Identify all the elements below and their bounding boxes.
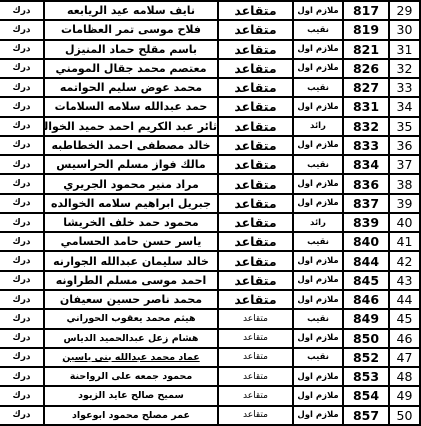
row-number: 47: [397, 350, 413, 365]
row-number-cell: 30: [389, 20, 420, 39]
name-cell: مراد منير محمود الجريري: [44, 174, 218, 193]
rank-cell: نقيب: [293, 78, 343, 97]
rank-label: ملازم اول: [297, 275, 338, 285]
officer-name: محمد عوض سليم الحواتمه: [60, 81, 202, 94]
status-label: متقاعد: [234, 254, 276, 269]
rank-label: نقيب: [307, 160, 329, 170]
rank-label: ملازم اول: [297, 410, 338, 420]
row-number: 46: [397, 331, 413, 346]
unit-label: درك: [12, 140, 30, 150]
row-number: 32: [397, 61, 413, 76]
status-cell: متقاعد: [218, 232, 293, 251]
row-number: 44: [397, 292, 413, 307]
officer-name: ثائر عبد الكريم احمد حميد الخوالدة: [44, 120, 217, 133]
retired-officers-table: 29 817 ملازم اول متقاعد نايف سلامه عيد ا…: [0, 0, 421, 426]
row-number: 48: [397, 369, 413, 384]
unit-label: درك: [12, 333, 30, 343]
name-cell: سميح صالح عايد الزيود: [44, 386, 218, 405]
status-cell: متقاعد: [218, 367, 293, 386]
row-number-cell: 31: [389, 40, 420, 59]
status-label: متقاعد: [234, 42, 276, 57]
status-cell: متقاعد: [218, 1, 293, 20]
row-number: 50: [397, 408, 413, 423]
unit-label: درك: [12, 410, 30, 420]
unit-cell: درك: [0, 78, 44, 97]
status-cell: متقاعد: [218, 117, 293, 136]
officer-name: محمود جمعه على الرواحنة: [70, 371, 193, 382]
row-number: 42: [397, 254, 413, 269]
row-number: 45: [397, 311, 413, 326]
rank-cell: ملازم اول: [293, 251, 343, 270]
unit-label: درك: [12, 218, 30, 228]
rank-cell: نقيب: [293, 348, 343, 367]
rank-cell: ملازم اول: [293, 406, 343, 425]
unit-label: درك: [12, 83, 30, 93]
row-number: 37: [397, 157, 413, 172]
row-number-cell: 37: [389, 155, 420, 174]
rank-cell: ملازم اول: [293, 59, 343, 78]
officer-name: معتصم محمد جقال المومني: [55, 62, 206, 75]
status-cell: متقاعد: [218, 406, 293, 425]
rank-cell: نقيب: [293, 309, 343, 328]
status-cell: متقاعد: [218, 40, 293, 59]
officer-name: هيثم محمد يعقوب الحوراني: [66, 313, 195, 324]
status-cell: متقاعد: [218, 97, 293, 116]
rank-label: ملازم اول: [297, 391, 338, 401]
retired-officers-list-page: 29 817 ملازم اول متقاعد نايف سلامه عيد ا…: [0, 0, 421, 426]
row-number-cell: 32: [389, 59, 420, 78]
unit-label: درك: [12, 63, 30, 73]
rank-cell: ملازم اول: [293, 367, 343, 386]
status-cell: متقاعد: [218, 329, 293, 348]
unit-cell: درك: [0, 309, 44, 328]
status-cell: متقاعد: [218, 271, 293, 290]
serial-number-cell: 834: [343, 155, 389, 174]
status-label: متقاعد: [243, 314, 268, 324]
rank-cell: رائد: [293, 213, 343, 232]
name-cell: معتصم محمد جقال المومني: [44, 59, 218, 78]
table-row: 49 854 ملازم اول متقاعد سميح صالح عايد ا…: [0, 386, 420, 405]
rank-cell: نقيب: [293, 232, 343, 251]
unit-label: درك: [12, 314, 30, 324]
serial-number: 854: [353, 388, 379, 403]
rank-cell: ملازم اول: [293, 194, 343, 213]
rank-cell: رائد: [293, 117, 343, 136]
serial-number-cell: 853: [343, 367, 389, 386]
rank-label: ملازم اول: [297, 333, 338, 343]
table-row: 47 852 نقيب متقاعد عماد محمد عبدالله بني…: [0, 348, 420, 367]
row-number-cell: 43: [389, 271, 420, 290]
rank-cell: ملازم اول: [293, 290, 343, 309]
name-cell: خالد مصطفى احمد الخطاطبه: [44, 136, 218, 155]
unit-cell: درك: [0, 251, 44, 270]
serial-number-cell: 817: [343, 1, 389, 20]
officer-name: فلاح موسى تمر العظامات: [61, 23, 201, 36]
table-row: 43 845 ملازم اول متقاعد احمد موسى مسلم ا…: [0, 271, 420, 290]
unit-label: درك: [12, 295, 30, 305]
row-number: 39: [397, 196, 413, 211]
name-cell: فلاح موسى تمر العظامات: [44, 20, 218, 39]
rank-label: نقيب: [307, 237, 329, 247]
table-row: 42 844 ملازم اول متقاعد خالد سليمان عبدا…: [0, 251, 420, 270]
serial-number: 817: [353, 3, 379, 18]
serial-number-cell: 832: [343, 117, 389, 136]
table-row: 48 853 ملازم اول متقاعد محمود جمعه على ا…: [0, 367, 420, 386]
name-cell: محمد ناصر حسين سعيفان: [44, 290, 218, 309]
status-label: متقاعد: [234, 273, 276, 288]
row-number: 41: [397, 234, 413, 249]
status-label: متقاعد: [243, 352, 268, 362]
status-label: متقاعد: [234, 61, 276, 76]
status-label: متقاعد: [234, 138, 276, 153]
table-row: 36 833 ملازم اول متقاعد خالد مصطفى احمد …: [0, 136, 420, 155]
officer-name: سميح صالح عايد الزيود: [78, 390, 184, 401]
row-number: 33: [397, 80, 413, 95]
name-cell: مالك فواز مسلم الحراسيس: [44, 155, 218, 174]
status-cell: متقاعد: [218, 136, 293, 155]
rank-label: نقيب: [307, 25, 329, 35]
row-number-cell: 33: [389, 78, 420, 97]
status-label: متقاعد: [234, 292, 276, 307]
name-cell: محمود حمد خلف الخريشا: [44, 213, 218, 232]
serial-number-cell: 844: [343, 251, 389, 270]
serial-number-cell: 819: [343, 20, 389, 39]
status-label: متقاعد: [234, 80, 276, 95]
unit-cell: درك: [0, 1, 44, 20]
serial-number: 821: [353, 42, 379, 57]
unit-label: درك: [12, 275, 30, 285]
rank-label: رائد: [310, 218, 326, 228]
row-number-cell: 34: [389, 97, 420, 116]
table-row: 44 846 ملازم اول متقاعد محمد ناصر حسين س…: [0, 290, 420, 309]
rank-label: ملازم اول: [297, 63, 338, 73]
row-number-cell: 38: [389, 174, 420, 193]
row-number-cell: 40: [389, 213, 420, 232]
table-row: 33 827 نقيب متقاعد محمد عوض سليم الحواتم…: [0, 78, 420, 97]
unit-cell: درك: [0, 117, 44, 136]
unit-cell: درك: [0, 329, 44, 348]
officer-name: مالك فواز مسلم الحراسيس: [56, 158, 205, 171]
name-cell: هشام زعل عبدالحميد الدياس: [44, 329, 218, 348]
rank-label: ملازم اول: [297, 372, 338, 382]
rank-cell: ملازم اول: [293, 1, 343, 20]
status-label: متقاعد: [243, 333, 268, 343]
officer-name: جبريل ابراهيم سلامه الخوالده: [51, 197, 211, 210]
rank-cell: ملازم اول: [293, 386, 343, 405]
rank-label: نقيب: [307, 352, 329, 362]
rank-label: نقيب: [307, 83, 329, 93]
row-number-cell: 46: [389, 329, 420, 348]
unit-cell: درك: [0, 386, 44, 405]
unit-cell: درك: [0, 20, 44, 39]
status-cell: متقاعد: [218, 386, 293, 405]
row-number: 29: [397, 3, 413, 18]
serial-number: 850: [353, 331, 379, 346]
unit-label: درك: [12, 352, 30, 362]
serial-number: 844: [353, 254, 379, 269]
row-number: 34: [397, 99, 413, 114]
unit-cell: درك: [0, 59, 44, 78]
name-cell: ياسر حسن حامد الحسامي: [44, 232, 218, 251]
serial-number: 837: [353, 196, 379, 211]
serial-number-cell: 854: [343, 386, 389, 405]
status-cell: متقاعد: [218, 59, 293, 78]
row-number: 36: [397, 138, 413, 153]
rank-cell: نقيب: [293, 155, 343, 174]
name-cell: احمد موسى مسلم الطراونه: [44, 271, 218, 290]
rank-cell: ملازم اول: [293, 136, 343, 155]
status-label: متقاعد: [234, 99, 276, 114]
serial-number-cell: 857: [343, 406, 389, 425]
row-number-cell: 41: [389, 232, 420, 251]
status-cell: متقاعد: [218, 309, 293, 328]
status-label: متقاعد: [243, 391, 268, 401]
name-cell: هيثم محمد يعقوب الحوراني: [44, 309, 218, 328]
rank-label: ملازم اول: [297, 44, 338, 54]
officer-name: نايف سلامه عيد الريابعه: [67, 4, 195, 17]
status-cell: متقاعد: [218, 194, 293, 213]
unit-label: درك: [12, 44, 30, 54]
row-number-cell: 29: [389, 1, 420, 20]
table-row: 35 832 رائد متقاعد ثائر عبد الكريم احمد …: [0, 117, 420, 136]
serial-number: 853: [353, 369, 379, 384]
table-row: 39 837 ملازم اول متقاعد جبريل ابراهيم سل…: [0, 194, 420, 213]
row-number-cell: 39: [389, 194, 420, 213]
officer-name: حمد عبدالله سلامه السلامات: [55, 100, 208, 113]
table-row: 32 826 ملازم اول متقاعد معتصم محمد جقال …: [0, 59, 420, 78]
status-label: متقاعد: [234, 177, 276, 192]
officer-name: عماد محمد عبدالله بني ياسين: [62, 352, 199, 363]
status-label: متقاعد: [243, 372, 268, 382]
unit-label: درك: [12, 237, 30, 247]
name-cell: نايف سلامه عيد الريابعه: [44, 1, 218, 20]
status-cell: متقاعد: [218, 213, 293, 232]
serial-number: 827: [353, 80, 379, 95]
rank-label: ملازم اول: [297, 256, 338, 266]
name-cell: عماد محمد عبدالله بني ياسين: [44, 348, 218, 367]
serial-number: 845: [353, 273, 379, 288]
rank-label: ملازم اول: [297, 198, 338, 208]
table-body: 29 817 ملازم اول متقاعد نايف سلامه عيد ا…: [0, 1, 420, 425]
serial-number: 846: [353, 292, 379, 307]
serial-number-cell: 852: [343, 348, 389, 367]
row-number-cell: 42: [389, 251, 420, 270]
serial-number-cell: 827: [343, 78, 389, 97]
unit-label: درك: [12, 391, 30, 401]
table-row: 38 836 ملازم اول متقاعد مراد منير محمود …: [0, 174, 420, 193]
rank-cell: ملازم اول: [293, 40, 343, 59]
officer-name: محمد ناصر حسين سعيفان: [60, 293, 202, 306]
row-number: 31: [397, 42, 413, 57]
unit-label: درك: [12, 6, 30, 16]
status-cell: متقاعد: [218, 290, 293, 309]
serial-number: 826: [353, 61, 379, 76]
row-number-cell: 44: [389, 290, 420, 309]
table-row: 50 857 ملازم اول متقاعد عمر مصلح محمود ا…: [0, 406, 420, 425]
officer-name: هشام زعل عبدالحميد الدياس: [64, 333, 199, 344]
rank-label: ملازم اول: [297, 140, 338, 150]
status-cell: متقاعد: [218, 155, 293, 174]
row-number-cell: 35: [389, 117, 420, 136]
unit-cell: درك: [0, 174, 44, 193]
rank-cell: ملازم اول: [293, 329, 343, 348]
status-label: متقاعد: [243, 410, 268, 420]
unit-cell: درك: [0, 406, 44, 425]
serial-number: 836: [353, 177, 379, 192]
table-row: 41 840 نقيب متقاعد ياسر حسن حامد الحسامي…: [0, 232, 420, 251]
table-row: 45 849 نقيب متقاعد هيثم محمد يعقوب الحور…: [0, 309, 420, 328]
officer-name: ياسر حسن حامد الحسامي: [61, 235, 202, 248]
officer-name: خالد مصطفى احمد الخطاطبه: [51, 139, 210, 152]
serial-number: 832: [353, 119, 379, 134]
serial-number: 852: [353, 350, 379, 365]
status-label: متقاعد: [234, 22, 276, 37]
unit-label: درك: [12, 160, 30, 170]
row-number: 49: [397, 388, 413, 403]
unit-cell: درك: [0, 290, 44, 309]
row-number: 35: [397, 119, 413, 134]
serial-number-cell: 840: [343, 232, 389, 251]
status-label: متقاعد: [234, 215, 276, 230]
serial-number: 857: [353, 408, 379, 423]
unit-label: درك: [12, 25, 30, 35]
serial-number: 849: [353, 311, 379, 326]
name-cell: باسم مقلح حماد المنيزل: [44, 40, 218, 59]
serial-number-cell: 837: [343, 194, 389, 213]
serial-number-cell: 826: [343, 59, 389, 78]
unit-label: درك: [12, 198, 30, 208]
row-number: 38: [397, 177, 413, 192]
name-cell: حمد عبدالله سلامه السلامات: [44, 97, 218, 116]
officer-name: مراد منير محمود الجريري: [63, 178, 199, 191]
table-row: 30 819 نقيب متقاعد فلاح موسى تمر العظاما…: [0, 20, 420, 39]
unit-cell: درك: [0, 348, 44, 367]
row-number-cell: 36: [389, 136, 420, 155]
row-number: 40: [397, 215, 413, 230]
serial-number-cell: 849: [343, 309, 389, 328]
rank-cell: ملازم اول: [293, 174, 343, 193]
serial-number: 831: [353, 99, 379, 114]
table-row: 40 839 رائد متقاعد محمود حمد خلف الخريشا…: [0, 213, 420, 232]
name-cell: محمد عوض سليم الحواتمه: [44, 78, 218, 97]
status-label: متقاعد: [234, 119, 276, 134]
status-cell: متقاعد: [218, 20, 293, 39]
status-cell: متقاعد: [218, 251, 293, 270]
rank-cell: ملازم اول: [293, 271, 343, 290]
unit-label: درك: [12, 179, 30, 189]
status-cell: متقاعد: [218, 78, 293, 97]
row-number-cell: 49: [389, 386, 420, 405]
unit-cell: درك: [0, 40, 44, 59]
unit-cell: درك: [0, 155, 44, 174]
name-cell: خالد سليمان عبدالله الجوارنه: [44, 251, 218, 270]
serial-number-cell: 821: [343, 40, 389, 59]
status-label: متقاعد: [234, 157, 276, 172]
name-cell: ثائر عبد الكريم احمد حميد الخوالدة: [44, 117, 218, 136]
table-row: 34 831 ملازم اول متقاعد حمد عبدالله سلام…: [0, 97, 420, 116]
status-label: متقاعد: [234, 196, 276, 211]
unit-label: درك: [12, 121, 30, 131]
serial-number: 819: [353, 22, 379, 37]
rank-label: ملازم اول: [297, 295, 338, 305]
status-label: متقاعد: [234, 234, 276, 249]
rank-label: ملازم اول: [297, 179, 338, 189]
unit-cell: درك: [0, 271, 44, 290]
serial-number-cell: 850: [343, 329, 389, 348]
officer-name: باسم مقلح حماد المنيزل: [65, 43, 197, 56]
row-number-cell: 48: [389, 367, 420, 386]
row-number-cell: 45: [389, 309, 420, 328]
name-cell: محمود جمعه على الرواحنة: [44, 367, 218, 386]
unit-label: درك: [12, 102, 30, 112]
rank-label: ملازم اول: [297, 6, 338, 16]
unit-cell: درك: [0, 367, 44, 386]
table-row: 37 834 نقيب متقاعد مالك فواز مسلم الحراس…: [0, 155, 420, 174]
serial-number: 840: [353, 234, 379, 249]
status-label: متقاعد: [234, 3, 276, 18]
row-number-cell: 50: [389, 406, 420, 425]
name-cell: جبريل ابراهيم سلامه الخوالده: [44, 194, 218, 213]
rank-label: ملازم اول: [297, 102, 338, 112]
serial-number-cell: 833: [343, 136, 389, 155]
serial-number-cell: 845: [343, 271, 389, 290]
serial-number: 833: [353, 138, 379, 153]
table-row: 29 817 ملازم اول متقاعد نايف سلامه عيد ا…: [0, 1, 420, 20]
serial-number-cell: 839: [343, 213, 389, 232]
unit-cell: درك: [0, 213, 44, 232]
serial-number-cell: 836: [343, 174, 389, 193]
serial-number-cell: 846: [343, 290, 389, 309]
status-cell: متقاعد: [218, 174, 293, 193]
unit-label: درك: [12, 372, 30, 382]
officer-name: احمد موسى مسلم الطراونه: [56, 274, 207, 287]
table-row: 46 850 ملازم اول متقاعد هشام زعل عبدالحم…: [0, 329, 420, 348]
officer-name: خالد سليمان عبدالله الجوارنه: [53, 255, 209, 268]
unit-cell: درك: [0, 194, 44, 213]
row-number-cell: 47: [389, 348, 420, 367]
unit-cell: درك: [0, 136, 44, 155]
officer-name: محمود حمد خلف الخريشا: [63, 216, 198, 229]
serial-number: 834: [353, 157, 379, 172]
status-cell: متقاعد: [218, 348, 293, 367]
unit-cell: درك: [0, 232, 44, 251]
row-number: 43: [397, 273, 413, 288]
name-cell: عمر مصلح محمود ابوعواد: [44, 406, 218, 425]
rank-label: رائد: [310, 121, 326, 131]
unit-cell: درك: [0, 97, 44, 116]
rank-label: نقيب: [307, 314, 329, 324]
officer-name: عمر مصلح محمود ابوعواد: [72, 410, 190, 421]
unit-label: درك: [12, 256, 30, 266]
serial-number: 839: [353, 215, 379, 230]
rank-cell: ملازم اول: [293, 97, 343, 116]
table-row: 31 821 ملازم اول متقاعد باسم مقلح حماد ا…: [0, 40, 420, 59]
serial-number-cell: 831: [343, 97, 389, 116]
row-number: 30: [397, 22, 413, 37]
rank-cell: نقيب: [293, 20, 343, 39]
